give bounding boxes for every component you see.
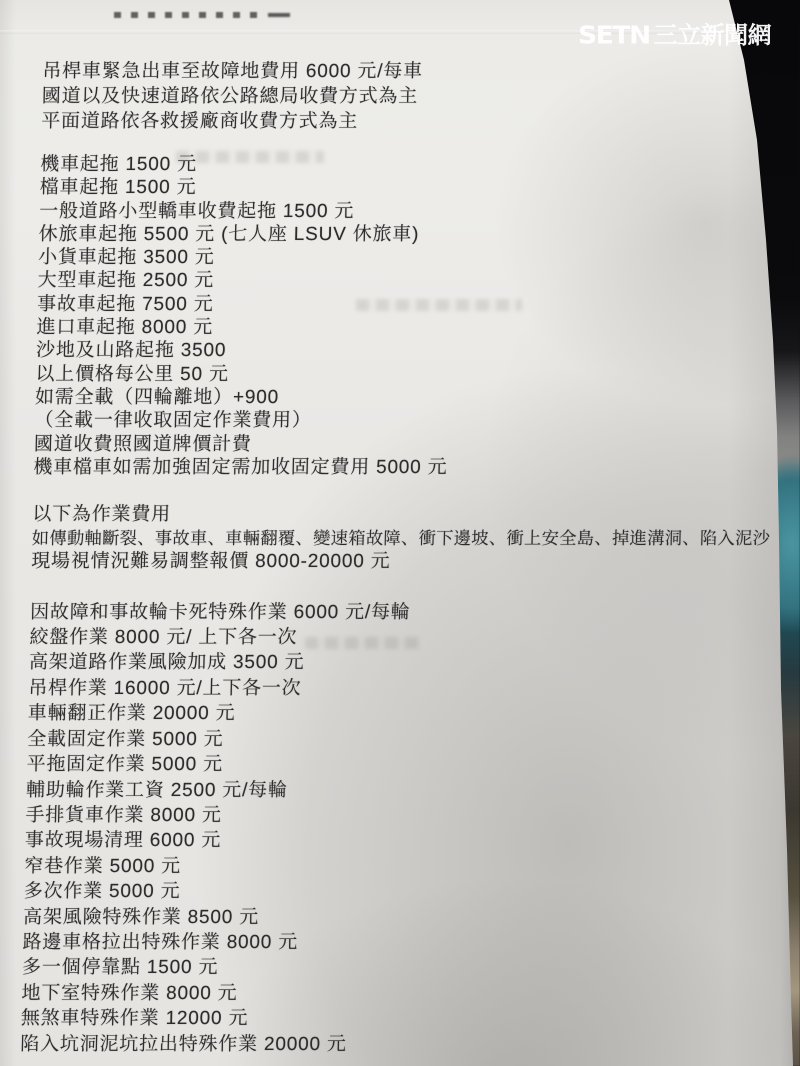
price-line: 平面道路依各救援廠商收費方式為主	[41, 109, 800, 134]
price-line: 全載固定作業 5000 元	[27, 727, 788, 752]
section-dispatch-notes: 吊桿車緊急出車至故障地費用 6000 元/每車國道以及快速道路依公路總局收費方式…	[41, 59, 800, 134]
price-line: 如傳動軸斷裂、事故車、車輛翻覆、變速箱故障、衝下邊坡、衝上安全島、掉進溝洞、陷入…	[32, 527, 793, 551]
price-line: 大型車起拖 2500 元	[37, 269, 798, 292]
price-line: 以下為作業費用	[32, 503, 793, 527]
price-line: 路邊車格拉出特殊作業 8000 元	[22, 930, 783, 955]
price-line: 窄巷作業 5000 元	[24, 854, 785, 879]
section-work-fees: 因故障和事故輪卡死特殊作業 6000 元/每輪絞盤作業 8000 元/ 上下各一…	[20, 600, 790, 1057]
section-work-fee-notes: 以下為作業費用如傳動軸斷裂、事故車、車輛翻覆、變速箱故障、衝下邊坡、衝上安全島、…	[31, 503, 793, 574]
price-line: （全載一律收取固定作業費用）	[34, 409, 795, 432]
setn-logo: SETN	[578, 24, 650, 49]
price-line: 輔助輪作業工資 2500 元/每輪	[26, 778, 787, 803]
price-line: 吊桿作業 16000 元/上下各一次	[28, 676, 789, 701]
price-line: 進口車起拖 8000 元	[36, 316, 797, 339]
price-line: 吊桿車緊急出車至故障地費用 6000 元/每車	[42, 59, 800, 84]
price-line: 一般道路小型轎車收費起拖 1500 元	[39, 200, 800, 223]
price-line: 休旅車起拖 5500 元 (七人座 LSUV 休旅車)	[38, 223, 799, 246]
price-line: 無煞車特殊作業 12000 元	[21, 1006, 782, 1031]
price-line: 高架道路作業風險加成 3500 元	[29, 650, 790, 675]
price-line: 地下室特殊作業 8000 元	[21, 981, 782, 1006]
price-line: 多次作業 5000 元	[23, 879, 784, 904]
price-line: 手排貨車作業 8000 元	[25, 803, 786, 828]
price-line: 事故現場清理 6000 元	[25, 828, 786, 853]
price-line: 以上價格每公里 50 元	[35, 363, 796, 386]
price-line: 平拖固定作業 5000 元	[26, 752, 787, 777]
price-line: 因故障和事故輪卡死特殊作業 6000 元/每輪	[30, 600, 791, 625]
price-line: 如需全載（四輪離地）+900	[35, 386, 796, 409]
price-line: 陷入坑洞泥坑拉出特殊作業 20000 元	[20, 1032, 781, 1057]
price-line: 小貨車起拖 3500 元	[38, 246, 799, 269]
paper-sheet: 吊桿車緊急出車至故障地費用 6000 元/每車國道以及快速道路依公路總局收費方式…	[0, 0, 800, 1066]
price-line: 多一個停靠點 1500 元	[22, 955, 783, 980]
price-line: 國道以及快速道路依公路總局收費方式為主	[42, 84, 800, 109]
price-line: 現場視情況難易調整報價 8000-20000 元	[31, 550, 792, 574]
price-list-document: 吊桿車緊急出車至故障地費用 6000 元/每車國道以及快速道路依公路總局收費方式…	[0, 0, 800, 1057]
price-line: 沙地及山路起拖 3500	[36, 339, 797, 362]
price-line: 車輛翻正作業 20000 元	[28, 701, 789, 726]
setn-brand-name: 三立新聞網	[654, 24, 772, 48]
price-line: 機車檔車如需加強固定需加收固定費用 5000 元	[33, 456, 794, 479]
price-line: 機車起拖 1500 元	[40, 153, 800, 176]
section-towing-fees: 機車起拖 1500 元檔車起拖 1500 元一般道路小型轎車收費起拖 1500 …	[33, 153, 800, 479]
news-photo: 吊桿車緊急出車至故障地費用 6000 元/每車國道以及快速道路依公路總局收費方式…	[0, 0, 800, 1066]
price-line: 絞盤作業 8000 元/ 上下各一次	[29, 625, 790, 650]
price-line: 檔車起拖 1500 元	[39, 176, 800, 199]
price-line: 高架風險特殊作業 8500 元	[23, 905, 784, 930]
price-line: 國道收費照國道牌價計費	[34, 433, 795, 456]
price-line: 事故車起拖 7500 元	[37, 293, 798, 316]
setn-watermark: SETN 三立新聞網	[578, 21, 771, 51]
